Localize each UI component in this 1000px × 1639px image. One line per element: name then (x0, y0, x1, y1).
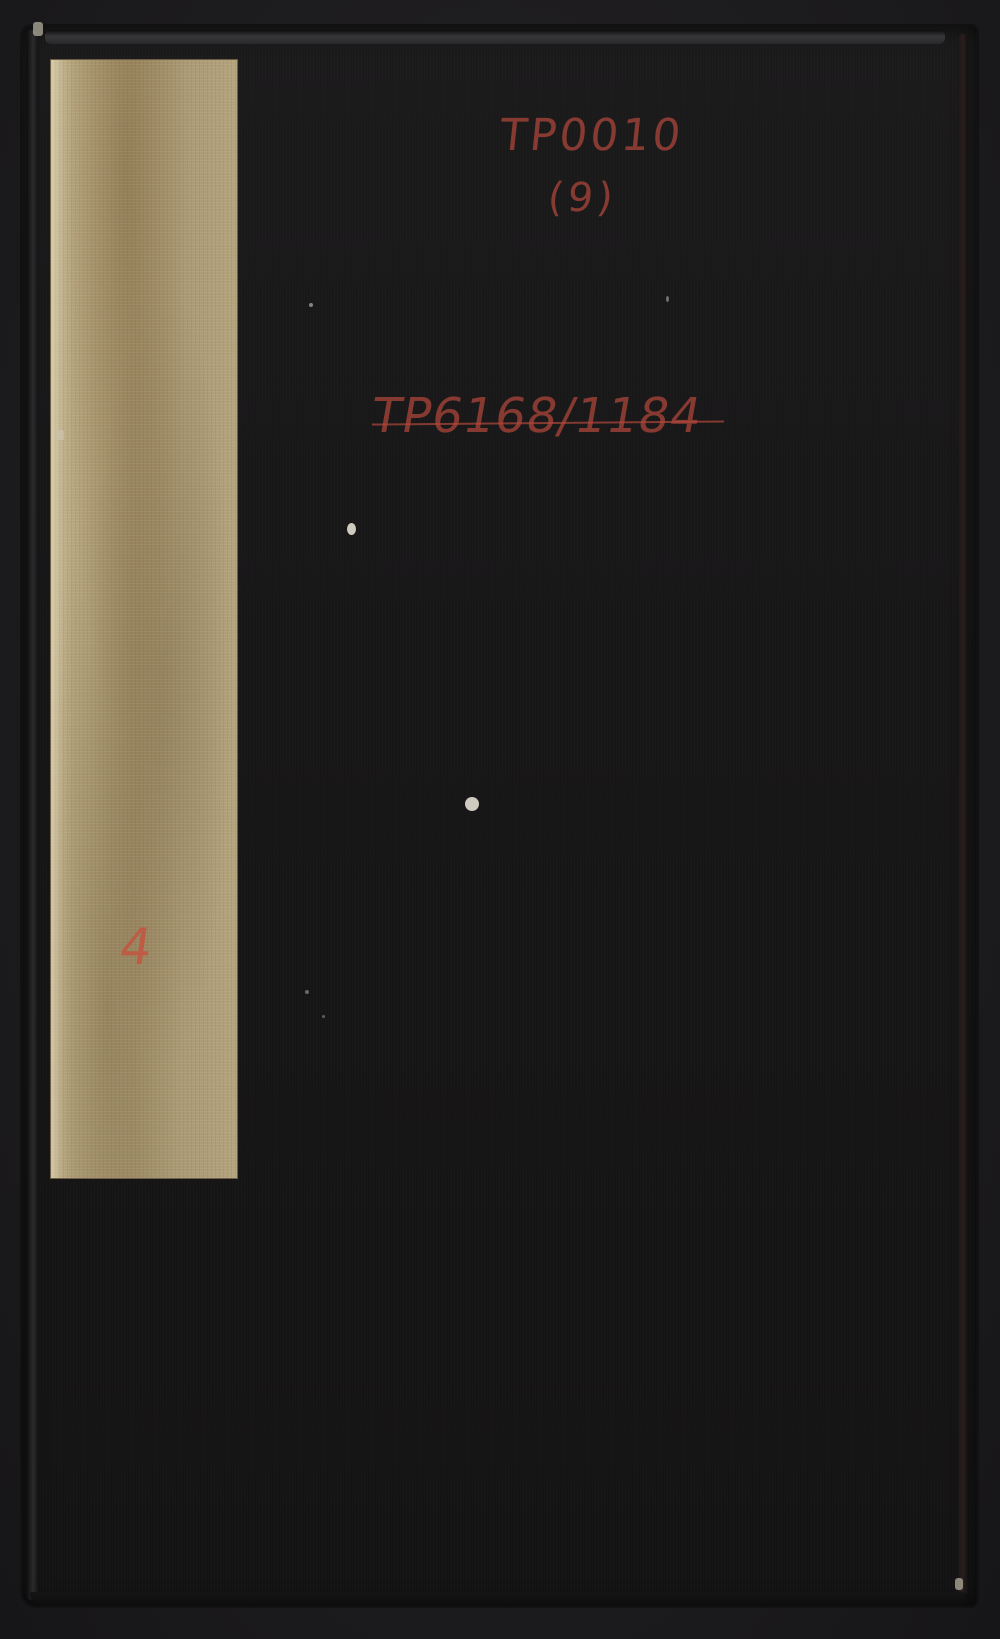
volume-annotation: (9) (546, 175, 620, 221)
cover-speck (465, 797, 479, 811)
cover-speck (322, 1015, 325, 1018)
title-strip-label (51, 60, 237, 1178)
cover-left-edge (26, 30, 38, 1600)
cover-speck (305, 990, 309, 994)
struck-old-shelfmark-annotation: TP6168/1184 (367, 388, 707, 444)
cover-speck (666, 296, 669, 302)
cover-bottom-edge (30, 1592, 965, 1606)
shelfmark-annotation: TP0010 (497, 110, 686, 161)
cover-speck (347, 523, 356, 535)
strip-edge-highlight (51, 60, 63, 1178)
corner-wear-top-left (33, 22, 43, 36)
cover-speck (309, 303, 313, 307)
cover-right-edge (958, 34, 968, 1594)
cover-speck (58, 430, 64, 440)
cover-top-edge (45, 30, 945, 44)
corner-wear-bottom-right (955, 1578, 963, 1590)
